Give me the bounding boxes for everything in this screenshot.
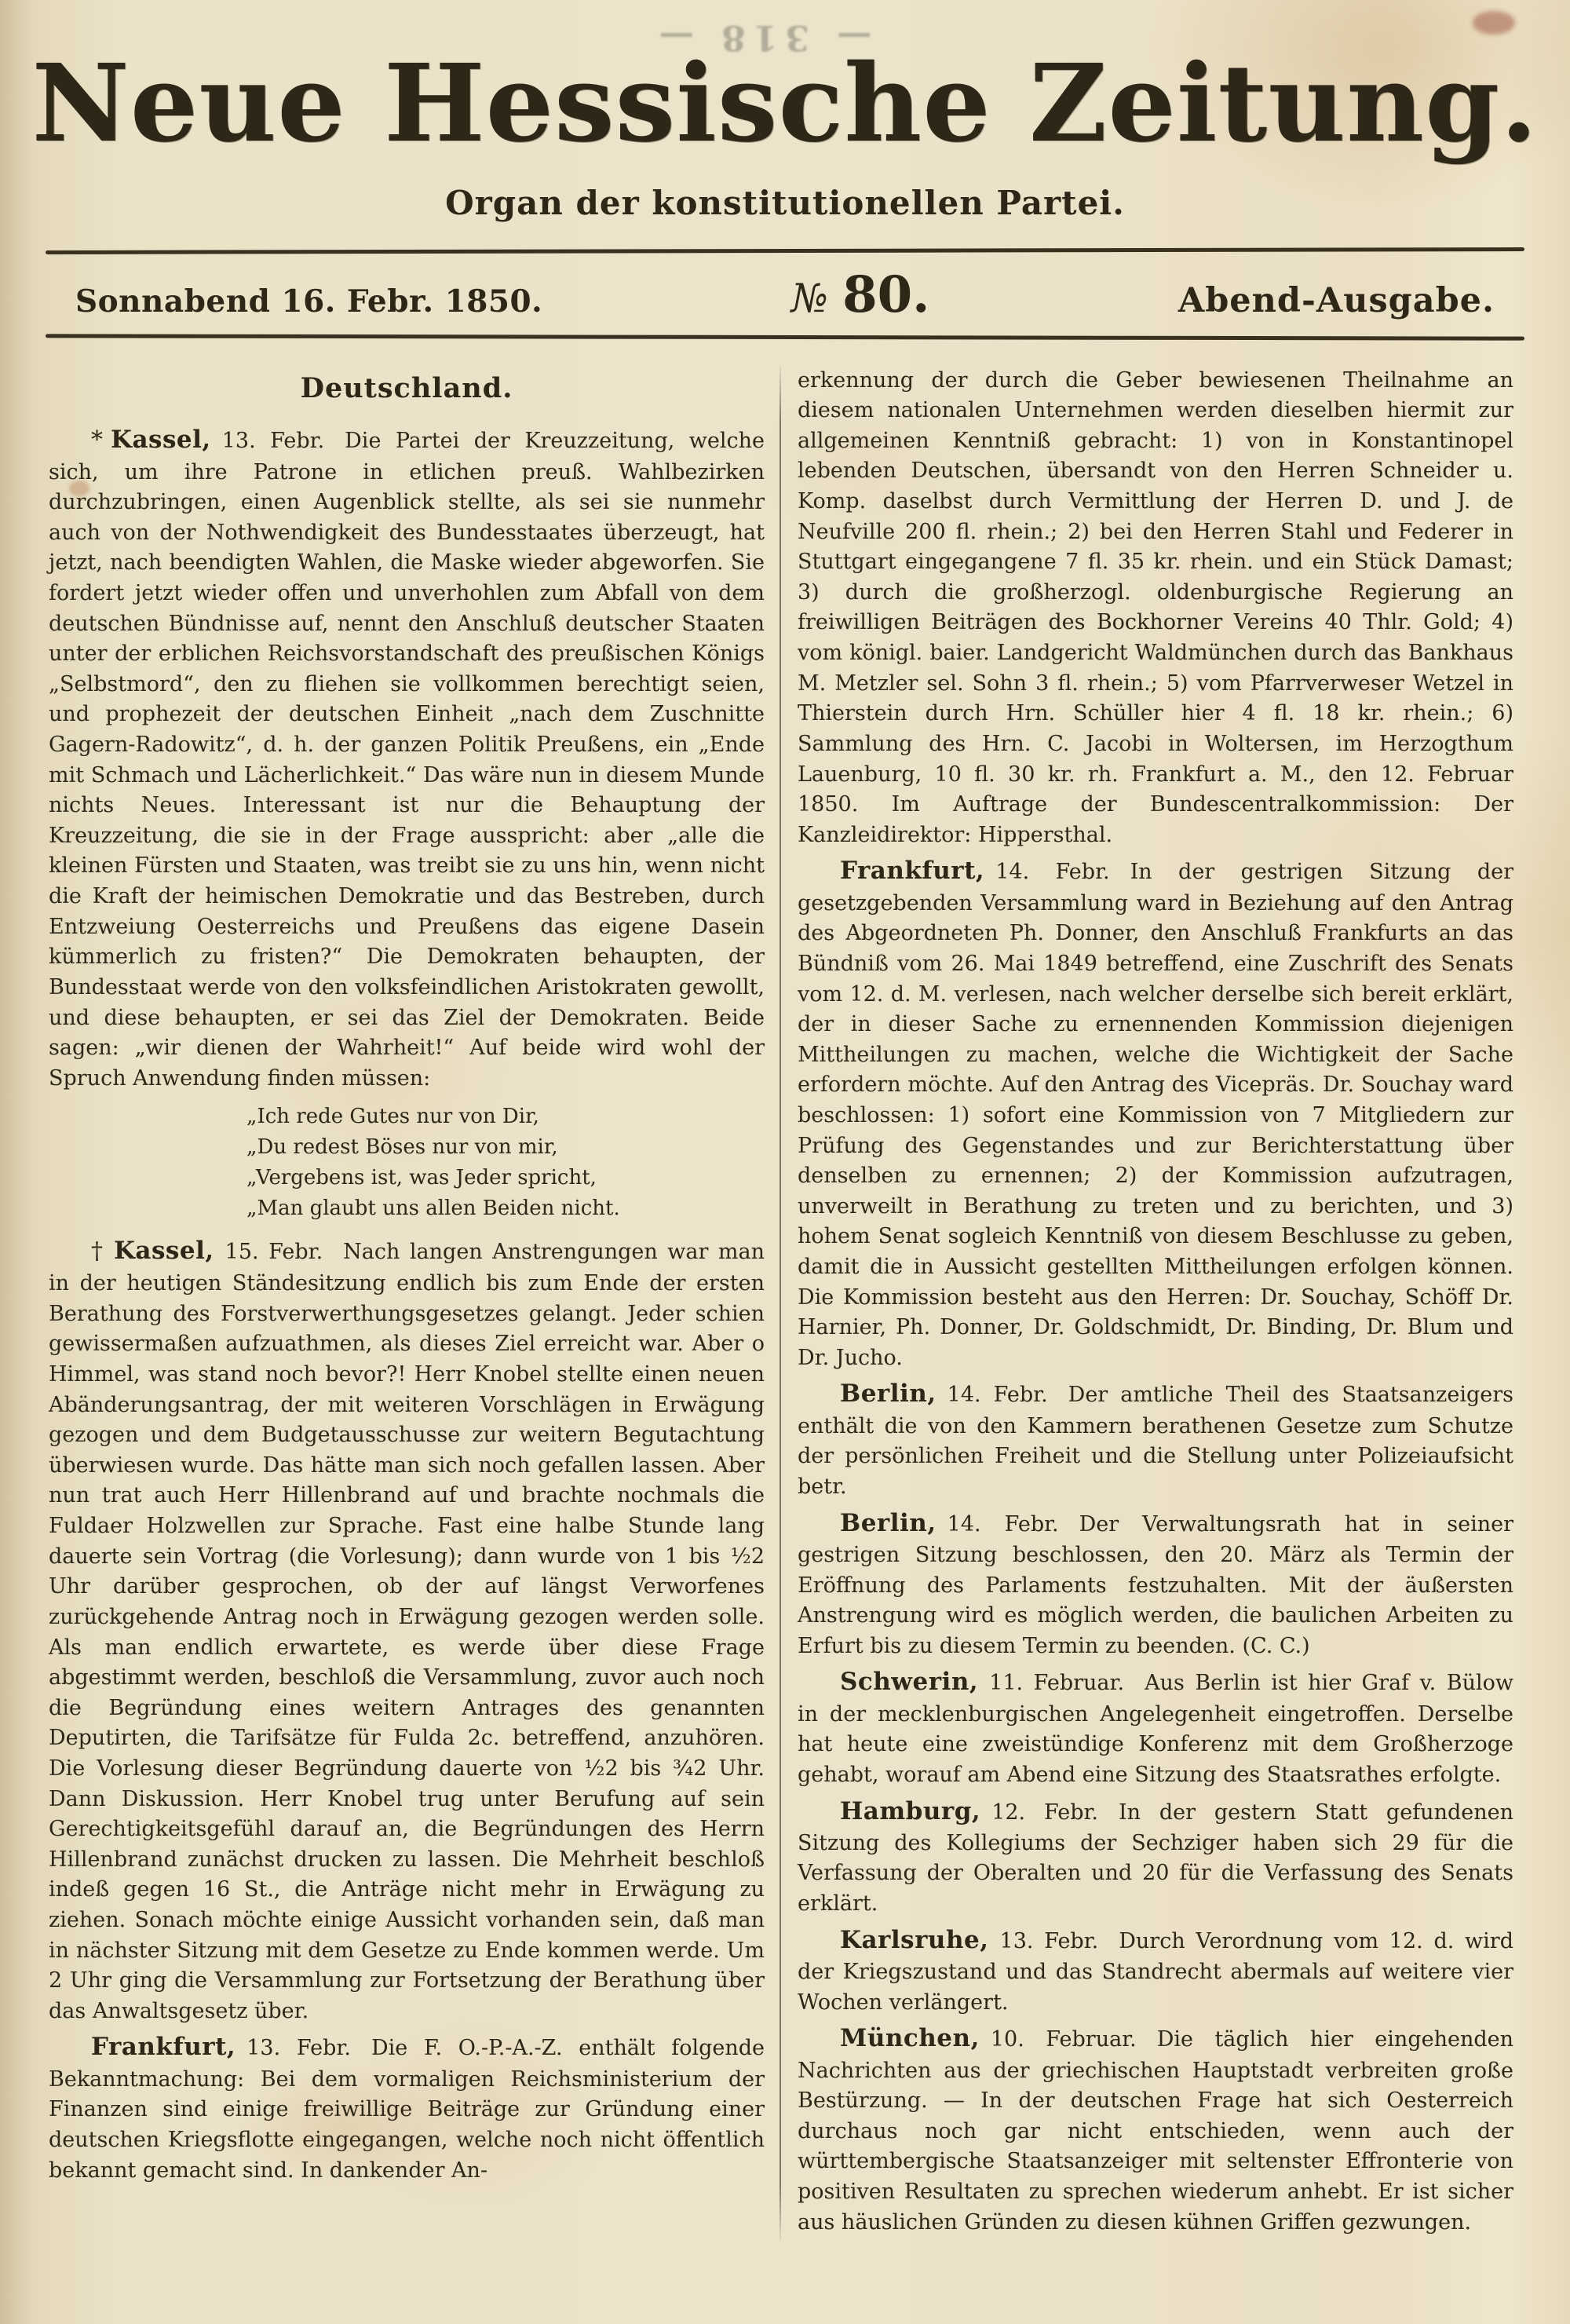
article-schwerin-11: Schwerin,11. Februar.Aus Berlin ist hier… — [798, 1664, 1513, 1790]
article-city: Frankfurt, — [840, 857, 984, 885]
newspaper-title: Neue Hessische Zeitung. — [0, 46, 1570, 163]
poem-line: „Vergebens ist, was Jeder spricht, — [246, 1163, 765, 1193]
article-muenchen-10: München,10. Februar.Die täglich hier ein… — [798, 2021, 1513, 2238]
article-city: Frankfurt, — [91, 2033, 235, 2061]
article-city: Schwerin, — [840, 1668, 978, 1696]
article-date: 13. Febr. — [1000, 1929, 1099, 1953]
article-continuation: erkennung der durch die Geber bewiesenen… — [798, 366, 1513, 851]
article-body: Nach langen Anstrengungen war man in der… — [49, 1240, 765, 2023]
article-berlin-14-b: Berlin,14. Febr.Der Verwaltungsrath hat … — [798, 1506, 1513, 1662]
article-date: 15. Febr. — [225, 1240, 323, 1264]
issue-number: 80. — [842, 265, 929, 324]
article-karlsruhe-13: Karlsruhe,13. Febr.Durch Verordnung vom … — [798, 1923, 1513, 2019]
article-date: 13. Febr. — [246, 2036, 351, 2060]
article-mark: * — [91, 426, 103, 454]
article-kassel-15: †Kassel,15. Febr.Nach langen Anstrengung… — [49, 1233, 765, 2026]
article-city: Berlin, — [840, 1379, 937, 1408]
article-frankfurt-13: Frankfurt,13. Febr.Die F. O.-P.-A.-Z. en… — [49, 2030, 765, 2186]
article-city: Hamburg, — [840, 1797, 980, 1825]
section-heading: Deutschland. — [49, 369, 765, 408]
article-date: 14. Febr. — [947, 1383, 1048, 1407]
article-berlin-14-a: Berlin,14. Febr.Der amtliche Theil des S… — [798, 1376, 1513, 1502]
newspaper-subtitle: Organ der konstitutionellen Partei. — [0, 184, 1570, 222]
article-city: Kassel, — [111, 426, 211, 454]
article-city: München, — [840, 2024, 980, 2052]
masthead: Neue Hessische Zeitung. Organ der konsti… — [0, 0, 1570, 222]
poem-block: „Ich rede Gutes nur von Dir, „Du redest … — [246, 1102, 765, 1224]
dateline-row: Sonnabend 16. Febr. 1850. №80. Abend-Aus… — [0, 253, 1570, 335]
article-body: erkennung der durch die Geber bewiesenen… — [798, 368, 1513, 847]
article-columns: Deutschland. *Kassel,13. Febr.Die Partei… — [0, 339, 1570, 2242]
issue-number-block: №80. — [791, 265, 930, 324]
article-body: In der gestrigen Sitzung der gesetzgeben… — [798, 860, 1513, 1369]
poem-line: „Man glaubt uns allen Beiden nicht. — [246, 1193, 765, 1224]
issue-date: Sonnabend 16. Febr. 1850. — [75, 283, 542, 320]
poem-line: „Du redest Böses nur von mir, — [246, 1132, 765, 1163]
article-kassel-13: *Kassel,13. Febr.Die Partei der Kreuzzei… — [49, 422, 765, 1094]
article-date: 10. Februar. — [991, 2027, 1137, 2052]
newspaper-page: — 318 — Neue Hessische Zeitung. Organ de… — [0, 0, 1570, 2324]
article-body: Die täglich hier eingehenden Nachrichten… — [798, 2027, 1513, 2234]
article-date: 12. Febr. — [991, 1800, 1098, 1825]
article-hamburg-12: Hamburg,12. Febr.In der gestern Statt ge… — [798, 1794, 1513, 1920]
article-city: Kassel, — [114, 1237, 214, 1265]
right-column: erkennung der durch die Geber bewiesenen… — [798, 366, 1513, 2242]
article-mark: † — [91, 1237, 106, 1265]
article-date: 11. Februar. — [989, 1671, 1124, 1695]
numero-symbol: № — [791, 276, 828, 321]
article-city: Karlsruhe, — [840, 1926, 989, 1954]
article-frankfurt-14: Frankfurt,14. Febr.In der gestrigen Sitz… — [798, 853, 1513, 1373]
article-date: 14. Febr. — [995, 860, 1109, 884]
article-body: Die Partei der Kreuzzeitung, welche sich… — [49, 429, 765, 1091]
edition-label: Abend-Ausgabe. — [1178, 281, 1495, 320]
poem-line: „Ich rede Gutes nur von Dir, — [246, 1102, 765, 1132]
article-date: 14. Febr. — [947, 1512, 1059, 1537]
article-date: 13. Febr. — [222, 429, 324, 453]
article-city: Berlin, — [840, 1509, 937, 1537]
column-divider — [780, 366, 781, 2242]
left-column: Deutschland. *Kassel,13. Febr.Die Partei… — [49, 366, 765, 2242]
